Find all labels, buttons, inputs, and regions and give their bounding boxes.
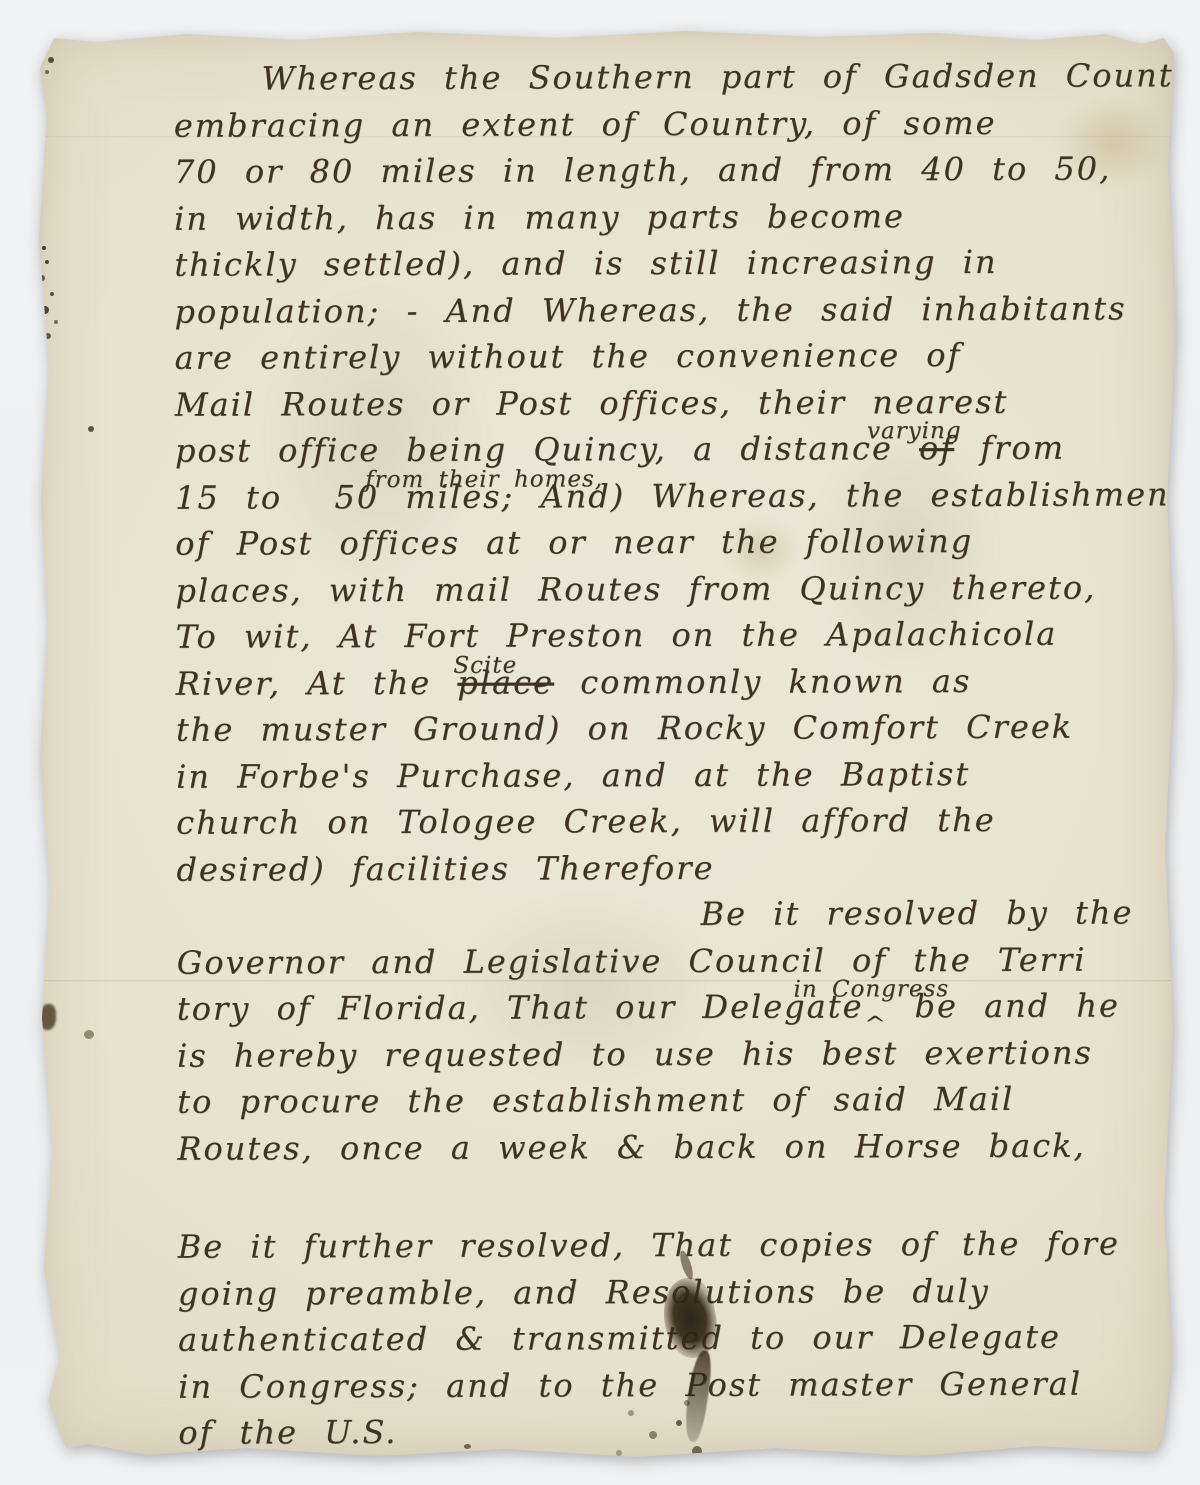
- handwritten-line: of Post offices at or near the following: [175, 517, 1185, 567]
- inserted-word: in Congress: [793, 978, 949, 1002]
- line-text: Be it resolved by the: [700, 893, 1133, 933]
- handwritten-line: to procure the establishment of said Mai…: [177, 1075, 1187, 1125]
- manuscript-sheet: Whereas the Southern part of Gadsden Cou…: [0, 0, 1200, 1485]
- handwritten-line: tory of Florida, That our Delegatein Con…: [177, 982, 1187, 1032]
- inserted-word: from their homes,: [365, 468, 603, 492]
- line-text: commonly known as: [554, 661, 971, 700]
- handwritten-line: is hereby requested to use his best exer…: [177, 1029, 1187, 1079]
- line-text: are entirely without the convenience of: [175, 336, 962, 377]
- ink-splatter: [676, 1420, 682, 1426]
- inserted-word: Scite: [453, 654, 517, 677]
- handwritten-line: of the U.S.: [178, 1406, 1188, 1456]
- handwritten-line: population; - And Whereas, the said inha…: [174, 285, 1184, 335]
- line-text: in width, has in many parts become: [174, 197, 905, 238]
- handwritten-line: 70 or 80 miles in length, and from 40 to…: [174, 145, 1184, 195]
- insertion-caret: ^: [864, 1000, 889, 1047]
- handwritten-line: in Forbe's Purchase, and at the Baptist: [176, 750, 1186, 800]
- handwritten-line: Mail Routes or Post offices, their neare…: [175, 378, 1185, 428]
- line-text: desired) facilities Therefore: [176, 848, 714, 888]
- handwritten-line: embracing an extent of Country, of some: [174, 99, 1184, 149]
- ink-spot: [88, 426, 94, 432]
- line-text: authenticated & transmitted to our Deleg…: [178, 1318, 1061, 1359]
- handwritten-line: church on Tologee Creek, will afford the: [176, 796, 1186, 846]
- ink-spot: [39, 1004, 56, 1030]
- line-text: post office being Quincy, a distance: [175, 429, 919, 470]
- handwritten-line: Whereas the Southern part of Gadsden Cou…: [262, 52, 1184, 102]
- manuscript-page: Whereas the Southern part of Gadsden Cou…: [36, 28, 1176, 1462]
- line-text: Be it further resolved, That copies of t…: [178, 1224, 1120, 1265]
- handwritten-line: River, At the Sciteplace commonly known …: [176, 657, 1186, 707]
- line-text: in Congress; and to the Post master Gene…: [178, 1364, 1082, 1405]
- handwritten-line: are entirely without the convenience of: [175, 331, 1185, 381]
- inserted-word: varying: [867, 420, 962, 443]
- handwritten-line: To wit, At Fort Preston on the Apalachic…: [176, 610, 1186, 660]
- handwritten-line: the muster Ground) on Rocky Comfort Cree…: [176, 703, 1186, 753]
- handwritten-line: post office being Quincy, a distance var…: [175, 424, 1185, 474]
- edge-specks: [44, 48, 48, 52]
- line-text: of the U.S.: [178, 1413, 397, 1452]
- line-text: is hereby requested to use his best exer…: [177, 1033, 1093, 1074]
- ink-spot: [84, 1030, 94, 1039]
- handwritten-line: thickly settled), and is still increasin…: [174, 238, 1184, 288]
- handwritten-line: Be it resolved by the: [700, 889, 1186, 937]
- line-text: from: [954, 429, 1065, 467]
- line-text: the muster Ground) on Rocky Comfort Cree…: [176, 708, 1073, 749]
- handwritten-line: in width, has in many parts become: [174, 192, 1184, 242]
- line-text: going preamble, and Resolutions be duly: [178, 1271, 990, 1312]
- line-text: To wit, At Fort Preston on the Apalachic…: [176, 615, 1058, 656]
- line-text: Governor and Legislative Council of the …: [177, 940, 1087, 981]
- handwritten-line: desired) facilities Therefore: [176, 843, 1186, 893]
- line-text: 70 or 80 miles in length, and from 40 to…: [174, 149, 1111, 190]
- line-text: River, At the: [176, 663, 458, 702]
- handwritten-line: Routes, once a week & back on Horse back…: [177, 1122, 1187, 1172]
- line-text: tory of Florida, That our Delegate: [177, 987, 864, 1027]
- line-text: in Forbe's Purchase, and at the Baptist: [176, 754, 970, 795]
- edge-specks: [42, 246, 46, 250]
- line-text: Mail Routes or Post offices, their neare…: [175, 382, 1009, 423]
- line-text: embracing an extent of Country, of some: [174, 103, 997, 144]
- handwritten-text: Whereas the Southern part of Gadsden Cou…: [174, 52, 1189, 1456]
- line-text: places, with mail Routes from Quincy the…: [175, 568, 1096, 609]
- line-text: population; - And Whereas, the said inha…: [174, 289, 1126, 330]
- handwritten-line: in Congress; and to the Post master Gene…: [178, 1360, 1188, 1410]
- line-text: church on Tologee Creek, will afford the: [176, 801, 996, 842]
- line-text: 15 to 50: [175, 478, 379, 517]
- line-text: Whereas the Southern part of Gadsden Cou…: [262, 56, 1194, 97]
- handwritten-line: 15 to 50from their homes, miles; And) Wh…: [175, 471, 1185, 521]
- handwritten-line: Governor and Legislative Council of the …: [177, 936, 1187, 986]
- line-text: of Post offices at or near the following: [175, 522, 973, 563]
- line-text: thickly settled), and is still increasin…: [174, 243, 997, 284]
- line-text: to procure the establishment of said Mai…: [177, 1080, 1014, 1121]
- line-text: Routes, once a week & back on Horse back…: [177, 1126, 1085, 1167]
- handwritten-line: places, with mail Routes from Quincy the…: [175, 564, 1185, 614]
